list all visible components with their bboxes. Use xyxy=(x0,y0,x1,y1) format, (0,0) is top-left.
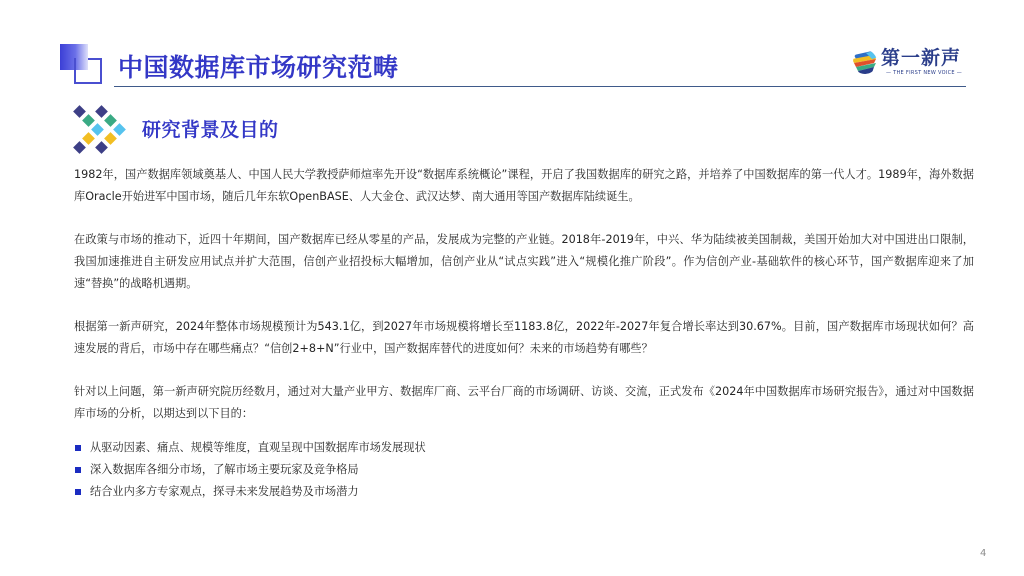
brand-logo: 第一新声 — THE FIRST NEW VOICE — xyxy=(852,46,972,80)
page-title: 中国数据库市场研究范畴 xyxy=(118,52,399,84)
logo-emblem-icon xyxy=(852,49,878,75)
list-item: 从驱动因素、痛点、规模等维度，直观呈现中国数据库市场发展现状 xyxy=(74,437,974,459)
bullet-square-icon xyxy=(75,489,81,495)
list-item: 深入数据库各细分市场，了解市场主要玩家及竞争格局 xyxy=(74,459,974,481)
slide: 中国数据库市场研究范畴 第一新声 — THE FIRST NEW VOICE — xyxy=(0,0,1024,576)
paragraph-history: 1982年，国产数据库领域奠基人、中国人民大学教授萨师煊率先开设“数据库系统概论… xyxy=(74,164,974,208)
outline-square xyxy=(74,58,102,84)
body-content: 1982年，国产数据库领域奠基人、中国人民大学教授萨师煊率先开设“数据库系统概论… xyxy=(74,164,974,503)
header-decoration-icon xyxy=(60,44,106,88)
page-number: 4 xyxy=(980,548,986,559)
section-title: 研究背景及目的 xyxy=(142,117,279,143)
logo-name: 第一新声 xyxy=(881,46,961,70)
list-item-text: 深入数据库各细分市场，了解市场主要玩家及竞争格局 xyxy=(90,463,359,476)
list-item: 结合业内多方专家观点，探寻未来发展趋势及市场潜力 xyxy=(74,481,974,503)
bullet-square-icon xyxy=(75,467,81,473)
bullet-square-icon xyxy=(75,445,81,451)
paragraph-market-size: 根据第一新声研究，2024年整体市场规模预计为543.1亿，到2027年市场规模… xyxy=(74,316,974,360)
header-divider xyxy=(114,86,966,87)
list-item-text: 结合业内多方专家观点，探寻未来发展趋势及市场潜力 xyxy=(90,485,359,498)
logo-tagline: — THE FIRST NEW VOICE — xyxy=(880,70,968,77)
paragraph-purpose: 针对以上问题，第一新声研究院历经数月，通过对大量产业甲方、数据库厂商、云平台厂商… xyxy=(74,381,974,425)
list-item-text: 从驱动因素、痛点、规模等维度，直观呈现中国数据库市场发展现状 xyxy=(90,441,426,454)
objectives-list: 从驱动因素、痛点、规模等维度，直观呈现中国数据库市场发展现状 深入数据库各细分市… xyxy=(74,437,974,503)
mosaic-chevron-icon xyxy=(72,104,134,154)
paragraph-policy: 在政策与市场的推动下，近四十年期间，国产数据库已经从零星的产品，发展成为完整的产… xyxy=(74,229,974,295)
